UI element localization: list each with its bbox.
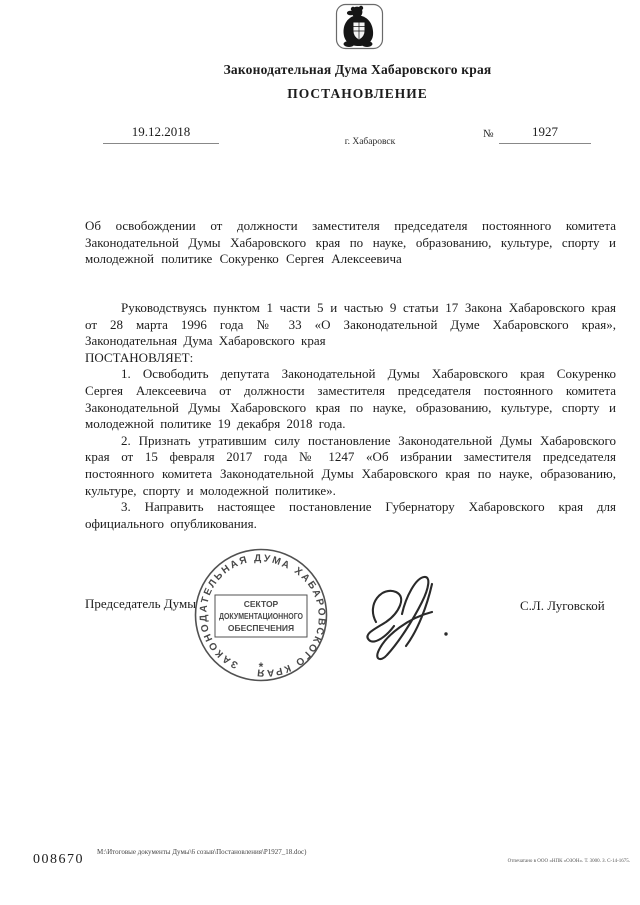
stamp-star: *: [259, 660, 264, 674]
coat-of-arms-icon: [334, 2, 386, 52]
number-sign: №: [483, 128, 494, 140]
document-city: г. Хабаровск: [295, 137, 445, 147]
signer-name: С.Л. Луговской: [520, 598, 605, 614]
document-page: Законодательная Дума Хабаровского края П…: [0, 0, 640, 905]
document-title: Об освобождении от должности заместителя…: [85, 218, 616, 268]
handwritten-signature: [340, 568, 460, 668]
print-shop-note: Отпечатано в ООО «НПК «ОЗОН». Т. 3000. З…: [470, 859, 630, 864]
stamp-center-line-1: СЕКТОР: [244, 599, 279, 609]
file-path-note: М:\Итоговые документы Думы\6 созыв\Поста…: [97, 848, 357, 856]
preamble-paragraph: Руководствуясь пунктом 1 части 5 и часть…: [85, 300, 616, 350]
document-number: 1927: [499, 124, 591, 144]
stamp-center-line-3: ОБЕСПЕЧЕНИЯ: [228, 623, 294, 633]
document-meta-row: 19.12.2018 г. Хабаровск № 1927: [85, 122, 630, 158]
body-item-1: 1. Освободить депутата Законодательной Д…: [85, 366, 616, 432]
document-body: Руководствуясь пунктом 1 части 5 и часть…: [85, 300, 616, 532]
document-type-heading: ПОСТАНОВЛЕНИЕ: [85, 86, 630, 102]
document-code: 008670: [33, 852, 84, 868]
body-item-2: 2. Признать утратившим силу постановлени…: [85, 433, 616, 499]
resolves-line: ПОСТАНОВЛЯЕТ:: [85, 350, 616, 367]
document-date: 19.12.2018: [103, 124, 219, 144]
body-item-3: 3. Направить настоящее постановление Губ…: [85, 499, 616, 532]
stamp-center-line-2: ДОКУМЕНТАЦИОННОГО: [219, 612, 303, 621]
signer-position-label: Председатель Думы: [85, 596, 196, 612]
official-round-stamp: ЗАКОНОДАТЕЛЬНАЯ ДУМА ХАБАРОВСКОГО КРАЯ С…: [191, 545, 331, 685]
organization-name: Законодательная Дума Хабаровского края: [85, 62, 630, 78]
